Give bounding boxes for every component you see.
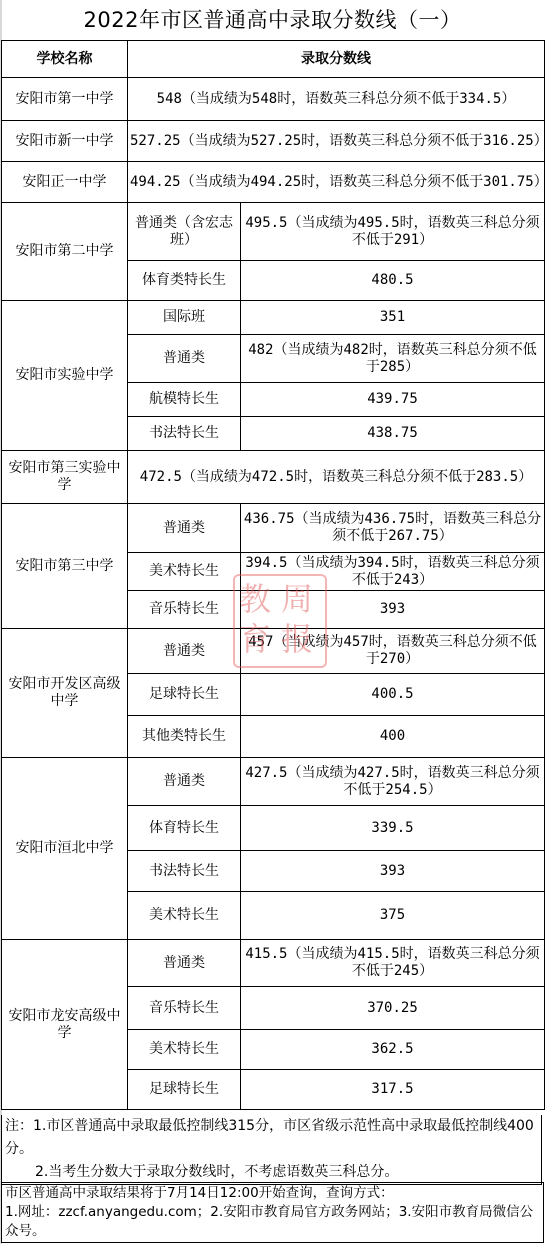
category-cell: 航模特长生 [128, 383, 241, 417]
score-cell: 362.5 [241, 1030, 545, 1070]
school-name: 安阳市第三中学 [2, 504, 128, 629]
score-cell: 394.5（当成绩为394.5时，语数英三科总分须不低于243） [241, 553, 545, 591]
score-cell: 427.5（当成绩为427.5时，语数英三科总分须不低于254.5） [241, 758, 545, 806]
category-cell: 美术特长生 [128, 892, 241, 940]
score-cell: 400 [241, 716, 545, 758]
page-title: 2022年市区普通高中录取分数线（一） [2, 0, 543, 40]
category-cell: 音乐特长生 [128, 591, 241, 629]
category-cell: 书法特长生 [128, 851, 241, 892]
category-cell: 普通类 [128, 504, 241, 553]
footnotes: 注：1.市区普通高中录取最低控制线315分，市区省级示范性高中录取最低控制线40… [1, 1115, 542, 1185]
score-cell: 375 [241, 892, 545, 940]
query-schedule: 市区普通高中录取结果将于7月14日12:00开始查询，查询方式： [5, 1184, 540, 1203]
school-name: 安阳市第二中学 [2, 203, 128, 301]
score-cell: 548（当成绩为548时，语数英三科总分须不低于334.5） [128, 78, 545, 121]
category-cell: 美术特长生 [128, 1030, 241, 1070]
table-row: 安阳市洹北中学 普通类 427.5（当成绩为427.5时，语数英三科总分须不低于… [2, 758, 545, 806]
school-name: 安阳正一中学 [2, 162, 128, 203]
category-cell: 普通类（含宏志班） [128, 203, 241, 261]
table-row: 安阳市实验中学 国际班 351 [2, 301, 545, 335]
admission-score-table: 学校名称 录取分数线 安阳市第一中学 548（当成绩为548时，语数英三科总分须… [1, 40, 545, 1110]
category-cell: 书法特长生 [128, 417, 241, 451]
table-row: 安阳市第三中学 普通类 436.75（当成绩为436.75时，语数英三科总分须不… [2, 504, 545, 553]
score-cell: 482（当成绩为482时，语数英三科总分须不低于285） [241, 335, 545, 383]
score-cell: 415.5（当成绩为415.5时，语数英三科总分须不低于245） [241, 940, 545, 987]
header-admission-score: 录取分数线 [128, 41, 545, 78]
score-cell: 494.25（当成绩为494.25时，语数英三科总分须不低于301.75） [128, 162, 545, 203]
score-cell: 370.25 [241, 987, 545, 1030]
category-cell: 普通类 [128, 335, 241, 383]
score-cell: 495.5（当成绩为495.5时，语数英三科总分须不低于291） [241, 203, 545, 261]
category-cell: 体育特长生 [128, 806, 241, 851]
score-cell: 439.75 [241, 383, 545, 417]
school-name: 安阳市龙安高级中学 [2, 940, 128, 1110]
table-row: 安阳市第二中学 普通类（含宏志班） 495.5（当成绩为495.5时，语数英三科… [2, 203, 545, 261]
query-info: 市区普通高中录取结果将于7月14日12:00开始查询，查询方式： 1.网址：zz… [1, 1182, 544, 1243]
score-cell: 457（当成绩为457时，语数英三科总分须不低于270） [241, 629, 545, 674]
score-cell: 339.5 [241, 806, 545, 851]
category-cell: 体育类特长生 [128, 261, 241, 301]
score-cell: 527.25（当成绩为527.25时，语数英三科总分须不低于316.25） [128, 121, 545, 162]
score-cell: 472.5（当成绩为472.5时，语数英三科总分须不低于283.5） [128, 451, 545, 504]
score-cell: 393 [241, 591, 545, 629]
category-cell: 音乐特长生 [128, 987, 241, 1030]
school-name: 安阳市第一中学 [2, 78, 128, 121]
category-cell: 普通类 [128, 940, 241, 987]
category-cell: 足球特长生 [128, 674, 241, 716]
table-row: 安阳市龙安高级中学 普通类 415.5（当成绩为415.5时，语数英三科总分须不… [2, 940, 545, 987]
table-row: 安阳市第三实验中学 472.5（当成绩为472.5时，语数英三科总分须不低于28… [2, 451, 545, 504]
table-header-row: 学校名称 录取分数线 [2, 41, 545, 78]
school-name: 安阳市第三实验中学 [2, 451, 128, 504]
table-row: 安阳市第一中学 548（当成绩为548时，语数英三科总分须不低于334.5） [2, 78, 545, 121]
query-methods: 1.网址：zzcf.anyangedu.com；2.安阳市教育局官方政务网站；3… [5, 1203, 540, 1241]
score-cell: 438.75 [241, 417, 545, 451]
category-cell: 美术特长生 [128, 553, 241, 591]
table-row: 安阳市开发区高级中学 普通类 457（当成绩为457时，语数英三科总分须不低于2… [2, 629, 545, 674]
school-name: 安阳市新一中学 [2, 121, 128, 162]
school-name: 安阳市开发区高级中学 [2, 629, 128, 758]
school-name: 安阳市实验中学 [2, 301, 128, 451]
score-cell: 393 [241, 851, 545, 892]
header-school-name: 学校名称 [2, 41, 128, 78]
footnote-1: 注：1.市区普通高中录取最低控制线315分，市区省级示范性高中录取最低控制线40… [5, 1115, 541, 1161]
school-name: 安阳市洹北中学 [2, 758, 128, 940]
category-cell: 足球特长生 [128, 1070, 241, 1110]
score-cell: 480.5 [241, 261, 545, 301]
score-cell: 351 [241, 301, 545, 335]
table-row: 安阳市新一中学 527.25（当成绩为527.25时，语数英三科总分须不低于31… [2, 121, 545, 162]
footnote-2: 2.当考生分数大于录取分数线时，不考虑语数英三科总分。 [5, 1161, 541, 1184]
table-row: 安阳正一中学 494.25（当成绩为494.25时，语数英三科总分须不低于301… [2, 162, 545, 203]
category-cell: 其他类特长生 [128, 716, 241, 758]
score-cell: 317.5 [241, 1070, 545, 1110]
category-cell: 国际班 [128, 301, 241, 335]
category-cell: 普通类 [128, 758, 241, 806]
category-cell: 普通类 [128, 629, 241, 674]
score-cell: 436.75（当成绩为436.75时，语数英三科总分须不低于267.75） [241, 504, 545, 553]
score-cell: 400.5 [241, 674, 545, 716]
